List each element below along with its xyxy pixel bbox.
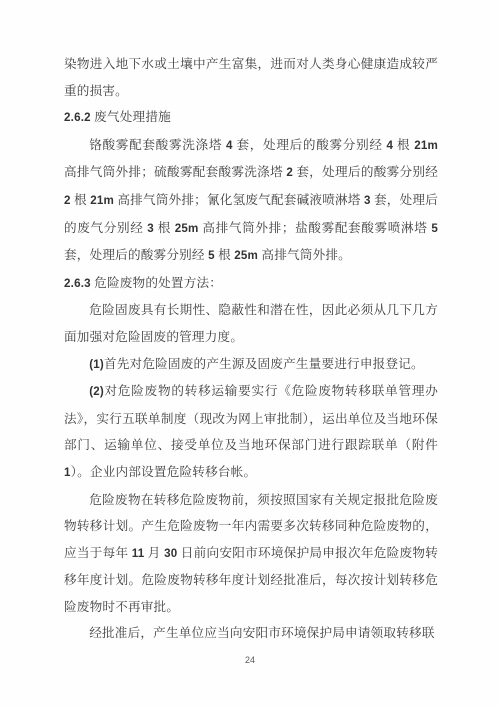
document-body: 染物进入地下水或土壤中产生富集，进而对人类身心健康造成较严重的损害。2.6.2 … [64, 51, 438, 647]
page-number: 24 [0, 655, 500, 665]
paragraph: 危险废物在转移危险废物前，须按照国家有关规定报批危险废物转移计划。产生危险废物一… [64, 487, 438, 621]
section-heading: 2.6.3 危险废物的处置方法： [64, 270, 438, 298]
paragraph: (2)对危险废物的转移运输要实行《危险废物转移联单管理办法》，实行五联单制度（现… [64, 378, 438, 486]
paragraph: 染物进入地下水或土壤中产生富集，进而对人类身心健康造成较严重的损害。 [64, 51, 438, 104]
section-heading: 2.6.2 废气处理措施 [64, 104, 438, 132]
paragraph: 铬酸雾配套酸雾洗涤塔 4 套，处理后的酸雾分别经 4 根 21m 高排气筒外排；… [64, 132, 438, 270]
paragraph: 危险固废具有长期性、隐蔽性和潜在性，因此必须从几下几方面加强对危险固废的管理力度… [64, 297, 438, 350]
document-page: 染物进入地下水或土壤中产生富集，进而对人类身心健康造成较严重的损害。2.6.2 … [0, 0, 500, 707]
paragraph: (1)首先对危险固废的产生源及固废产生量要进行申报登记。 [64, 351, 438, 379]
paragraph: 经批准后，产生单位应当向安阳市环境保护局申请领取转移联 [64, 620, 438, 647]
